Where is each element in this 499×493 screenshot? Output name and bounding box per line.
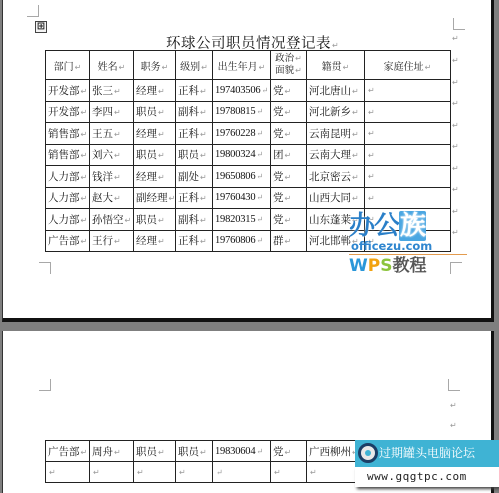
cell-text: 职员 bbox=[178, 446, 199, 458]
cell-native-place[interactable]: 云南昆明↵ bbox=[307, 123, 365, 145]
forum-url: www.gqgtpc.com bbox=[355, 467, 499, 487]
cell-home-address[interactable]: ↵ bbox=[365, 80, 451, 102]
cell-political-status[interactable]: 党↵ bbox=[271, 209, 307, 231]
cell-text: 团 bbox=[273, 149, 284, 161]
cell-department[interactable]: 开发部↵ bbox=[46, 80, 90, 102]
paragraph-mark-icon: ↵ bbox=[158, 108, 165, 117]
paragraph-mark-icon: ↵ bbox=[285, 237, 292, 246]
cell-name[interactable]: 王五↵ bbox=[90, 123, 134, 145]
cell-text: 19760228 bbox=[215, 128, 255, 139]
cell-name[interactable]: 王行↵ bbox=[90, 230, 134, 252]
cell-home-address[interactable]: ↵ bbox=[365, 101, 451, 123]
cell-text: 党 bbox=[273, 171, 284, 183]
paragraph-mark-icon: ↵ bbox=[352, 173, 359, 182]
cell-text: 正科 bbox=[178, 128, 199, 140]
paragraph-mark-icon: ↵ bbox=[352, 194, 359, 203]
cell-text: 职员 bbox=[136, 106, 157, 118]
paragraph-mark-icon: ↵ bbox=[200, 173, 207, 182]
forum-watermark-badge: 过期罐头电脑论坛 www.gqgtpc.com bbox=[355, 440, 499, 487]
officezu-watermark: 办公族 officezu.com WPS教程 bbox=[349, 212, 469, 277]
paragraph-mark-icon: ↵ bbox=[158, 216, 165, 225]
cell-text: 党 bbox=[273, 446, 284, 458]
paragraph-mark-icon: ↵ bbox=[158, 173, 165, 182]
cell-political-status[interactable]: 群↵ bbox=[271, 230, 307, 252]
paragraph-mark-icon: ↵ bbox=[452, 56, 459, 65]
table-row: 开发部↵李四↵职员↵副科↵19780815↵党↵河北新乡↵↵ bbox=[46, 101, 451, 123]
crop-mark-top-left bbox=[39, 379, 51, 391]
cell-text: 正科 bbox=[178, 85, 199, 97]
cell-level[interactable]: 副处↵ bbox=[176, 166, 213, 188]
table-row: 人力部↵钱洋↵经理↵副处↵19650806↵党↵北京密云↵↵ bbox=[46, 166, 451, 188]
forum-name-bar: 过期罐头电脑论坛 bbox=[355, 440, 499, 467]
cell-department[interactable]: 人力部↵ bbox=[46, 166, 90, 188]
cell-text: 职员 bbox=[136, 214, 157, 226]
paragraph-mark-icon: ↵ bbox=[452, 34, 459, 43]
header-level[interactable]: 级别↵ bbox=[176, 51, 213, 80]
cell-text: 赵大 bbox=[92, 192, 113, 204]
paragraph-mark-icon: ↵ bbox=[368, 129, 375, 138]
table-row: 销售部↵刘六↵职员↵职员↵19800324↵团↵云南大理↵↵ bbox=[46, 144, 451, 166]
cell-name[interactable]: 孙悟空↵ bbox=[90, 209, 134, 231]
cell-native-place[interactable]: 北京密云↵ bbox=[307, 166, 365, 188]
cell-political-status[interactable]: 党↵ bbox=[271, 441, 307, 462]
paragraph-mark-icon: ↵ bbox=[256, 215, 263, 224]
cell-text: 销售部 bbox=[48, 149, 80, 161]
cell-text: 刘六 bbox=[92, 149, 113, 161]
cell-text: 销售部 bbox=[48, 128, 80, 140]
cell-home-address[interactable]: ↵ bbox=[365, 123, 451, 145]
paragraph-mark-icon: ↵ bbox=[200, 216, 207, 225]
header-native-place[interactable]: 籍贯↵ bbox=[307, 51, 365, 80]
cell-text: 群 bbox=[273, 235, 284, 247]
table-row: 销售部↵王五↵经理↵正科↵19760228↵党↵云南昆明↵↵ bbox=[46, 123, 451, 145]
paragraph-mark-icon: ↵ bbox=[285, 108, 292, 117]
paragraph-mark-icon: ↵ bbox=[452, 78, 459, 87]
paragraph-mark-icon: ↵ bbox=[285, 130, 292, 139]
cell-political-status[interactable]: 党↵ bbox=[271, 80, 307, 102]
paragraph-mark-icon: ↵ bbox=[452, 142, 459, 151]
paragraph-mark-icon: ↵ bbox=[158, 130, 165, 139]
paragraph-mark-icon: ↵ bbox=[368, 172, 375, 181]
paragraph-mark-icon: ↵ bbox=[261, 86, 268, 95]
paragraph-mark-icon: ↵ bbox=[200, 108, 207, 117]
paragraph-mark-icon: ↵ bbox=[368, 151, 375, 160]
cell-position[interactable]: 职员↵ bbox=[134, 209, 176, 231]
paragraph-mark-icon: ↵ bbox=[200, 448, 207, 457]
cell-text: 周舟 bbox=[92, 446, 113, 458]
cell-native-place[interactable]: 河北新乡↵ bbox=[307, 101, 365, 123]
cell-political-status[interactable]: 党↵ bbox=[271, 101, 307, 123]
paragraph-mark-icon: ↵ bbox=[114, 87, 121, 96]
paragraph-mark-icon: ↵ bbox=[114, 130, 121, 139]
cell-native-place[interactable]: 云南大理↵ bbox=[307, 144, 365, 166]
paragraph-mark-icon: ↵ bbox=[81, 108, 88, 117]
cell-level[interactable]: ↵ bbox=[176, 462, 213, 483]
cell-text: 王行 bbox=[92, 235, 113, 247]
table-row: 开发部↵张三↵经理↵正科↵197403506↵党↵河北唐山↵↵ bbox=[46, 80, 451, 102]
paragraph-mark-icon: ↵ bbox=[216, 468, 223, 477]
paragraph-mark-icon: ↵ bbox=[452, 121, 459, 130]
cell-department[interactable]: 销售部↵ bbox=[46, 144, 90, 166]
paragraph-mark-icon: ↵ bbox=[452, 99, 459, 108]
cell-text: 开发部 bbox=[48, 106, 80, 118]
cell-birth[interactable]: ↵ bbox=[213, 462, 271, 483]
cell-name[interactable]: 李四↵ bbox=[90, 101, 134, 123]
cell-name[interactable]: ↵ bbox=[90, 462, 134, 483]
cell-text: 河北唐山 bbox=[309, 85, 351, 97]
cell-text: 经理 bbox=[136, 171, 157, 183]
cell-text: 山东蓬莱 bbox=[309, 214, 351, 226]
paragraph-mark-icon: ↵ bbox=[49, 468, 56, 477]
paragraph-mark-icon: ↵ bbox=[81, 151, 88, 160]
paragraph-mark-icon: ↵ bbox=[114, 151, 121, 160]
cell-position[interactable]: 职员↵ bbox=[134, 441, 176, 462]
paragraph-mark-icon: ↵ bbox=[452, 185, 459, 194]
header-name[interactable]: 姓名↵ bbox=[90, 51, 134, 80]
cell-birth[interactable]: 19650806↵ bbox=[213, 166, 271, 188]
cell-position[interactable]: 经理↵ bbox=[134, 166, 176, 188]
paragraph-mark-icon: ↵ bbox=[125, 216, 132, 225]
cell-text: 开发部 bbox=[48, 85, 80, 97]
paragraph-mark-icon: ↵ bbox=[285, 87, 292, 96]
paragraph-mark-icon: ↵ bbox=[450, 401, 457, 410]
cell-text: 19820315 bbox=[215, 214, 255, 225]
cell-political-status[interactable]: 团↵ bbox=[271, 144, 307, 166]
header-home-address[interactable]: 家庭住址↵ bbox=[365, 51, 451, 80]
cell-text: 河北邯郸 bbox=[309, 235, 351, 247]
paragraph-mark-icon: ↵ bbox=[310, 468, 317, 477]
cell-text: 党 bbox=[273, 85, 284, 97]
paragraph-mark-icon: ↵ bbox=[285, 151, 292, 160]
cell-home-address[interactable]: ↵ bbox=[365, 166, 451, 188]
paragraph-mark-icon: ↵ bbox=[256, 172, 263, 181]
cell-name[interactable]: 钱洋↵ bbox=[90, 166, 134, 188]
paragraph-mark-icon: ↵ bbox=[256, 447, 263, 456]
paragraph-mark-icon: ↵ bbox=[114, 448, 121, 457]
cell-text: 职员 bbox=[136, 149, 157, 161]
wps-tutorial-label: WPS教程 bbox=[349, 255, 469, 277]
cell-level[interactable]: 正科↵ bbox=[176, 187, 213, 209]
paragraph-mark-icon: ↵ bbox=[200, 130, 207, 139]
paragraph-mark-icon: ↵ bbox=[200, 87, 207, 96]
officezu-domain: officezu.com bbox=[351, 240, 469, 253]
cell-name[interactable]: 刘六↵ bbox=[90, 144, 134, 166]
cell-level[interactable]: 副科↵ bbox=[176, 209, 213, 231]
cell-position[interactable]: ↵ bbox=[134, 462, 176, 483]
paragraph-mark-icon: ↵ bbox=[285, 194, 292, 203]
cell-level[interactable]: 职员↵ bbox=[176, 144, 213, 166]
table-row: 人力部↵赵大↵副经理↵正科↵19760430↵党↵山西大同↵↵ bbox=[46, 187, 451, 209]
header-position[interactable]: 职务↵ bbox=[134, 51, 176, 80]
paragraph-mark-icon: ↵ bbox=[114, 237, 121, 246]
cell-level[interactable]: 职员↵ bbox=[176, 441, 213, 462]
cell-text: 经理 bbox=[136, 128, 157, 140]
cell-position[interactable]: 职员↵ bbox=[134, 101, 176, 123]
paragraph-mark-icon: ↵ bbox=[200, 237, 207, 246]
paragraph-mark-icon: ↵ bbox=[158, 237, 165, 246]
cell-department[interactable]: 广告部↵ bbox=[46, 230, 90, 252]
cell-text: 经理 bbox=[136, 235, 157, 247]
paragraph-mark-icon: ↵ bbox=[114, 194, 121, 203]
paragraph-mark-icon: ↵ bbox=[158, 151, 165, 160]
cell-text: 广西柳州 bbox=[309, 446, 351, 458]
document-page-1: ⊞ 环球公司职员情况登记表↵ 部门↵ 姓名↵ 职务↵ 级别↵ 出生年月↵ 政治↵… bbox=[2, 0, 494, 322]
paragraph-mark-icon: ↵ bbox=[352, 108, 359, 117]
paragraph-mark-icon: ↵ bbox=[285, 448, 292, 457]
cell-text: 广告部 bbox=[48, 446, 80, 458]
cell-text: 职员 bbox=[178, 149, 199, 161]
crop-mark-top-left bbox=[27, 5, 39, 17]
paragraph-mark-icon: ↵ bbox=[81, 194, 88, 203]
cell-text: 197403506 bbox=[215, 85, 260, 96]
cell-birth[interactable]: 19760806↵ bbox=[213, 230, 271, 252]
cell-name[interactable]: 赵大↵ bbox=[90, 187, 134, 209]
paragraph-mark-icon: ↵ bbox=[158, 448, 165, 457]
cell-text: 19830604 bbox=[215, 446, 255, 457]
cell-text: 河北新乡 bbox=[309, 106, 351, 118]
crop-mark-bottom-left bbox=[39, 262, 51, 274]
cell-text: 19760430 bbox=[215, 192, 255, 203]
cell-department[interactable]: 开发部↵ bbox=[46, 101, 90, 123]
cell-position[interactable]: 经理↵ bbox=[134, 80, 176, 102]
paragraph-mark-icon: ↵ bbox=[93, 468, 100, 477]
cell-level[interactable]: 副科↵ bbox=[176, 101, 213, 123]
cell-text: 党 bbox=[273, 106, 284, 118]
paragraph-mark-icon: ↵ bbox=[200, 151, 207, 160]
cell-text: 19800324 bbox=[215, 149, 255, 160]
cell-department[interactable]: 广告部↵ bbox=[46, 441, 90, 462]
paragraph-mark-icon: ↵ bbox=[158, 87, 165, 96]
crop-mark-top-right bbox=[453, 18, 465, 30]
paragraph-mark-icon: ↵ bbox=[81, 237, 88, 246]
cell-birth[interactable]: 19760430↵ bbox=[213, 187, 271, 209]
paragraph-mark-icon: ↵ bbox=[274, 468, 281, 477]
cell-department[interactable]: 人力部↵ bbox=[46, 209, 90, 231]
cell-text: 云南昆明 bbox=[309, 128, 351, 140]
forum-logo-icon bbox=[358, 443, 378, 463]
cell-position[interactable]: 经理↵ bbox=[134, 230, 176, 252]
cell-text: 北京密云 bbox=[309, 171, 351, 183]
paragraph-mark-icon: ↵ bbox=[352, 151, 359, 160]
cell-text: 副科 bbox=[178, 106, 199, 118]
cell-text: 党 bbox=[273, 192, 284, 204]
cell-political-status[interactable]: 党↵ bbox=[271, 123, 307, 145]
paragraph-mark-icon: ↵ bbox=[169, 194, 176, 203]
cell-political-status[interactable]: ↵ bbox=[271, 462, 307, 483]
cell-text: 孙悟空 bbox=[92, 214, 124, 226]
cell-text: 正科 bbox=[178, 192, 199, 204]
paragraph-mark-icon: ↵ bbox=[452, 164, 459, 173]
cell-level[interactable]: 正科↵ bbox=[176, 123, 213, 145]
cell-native-place[interactable]: 山西大同↵ bbox=[307, 187, 365, 209]
cell-department[interactable]: 销售部↵ bbox=[46, 123, 90, 145]
cell-text: 副处 bbox=[178, 171, 199, 183]
cell-position[interactable]: 副经理↵ bbox=[134, 187, 176, 209]
paragraph-mark-icon: ↵ bbox=[368, 108, 375, 117]
paragraph-mark-icon: ↵ bbox=[368, 194, 375, 203]
paragraph-mark-icon: ↵ bbox=[114, 108, 121, 117]
header-birth[interactable]: 出生年月↵ bbox=[213, 51, 271, 80]
cell-birth[interactable]: 19800324↵ bbox=[213, 144, 271, 166]
paragraph-mark-icon: ↵ bbox=[256, 236, 263, 245]
cell-text: 人力部 bbox=[48, 192, 80, 204]
cell-text: 副科 bbox=[178, 214, 199, 226]
paragraph-mark-icon: ↵ bbox=[285, 216, 292, 225]
cell-home-address[interactable]: ↵ bbox=[365, 187, 451, 209]
cell-political-status[interactable]: 党↵ bbox=[271, 166, 307, 188]
paragraph-mark-icon: ↵ bbox=[137, 468, 144, 477]
cell-text: 职员 bbox=[136, 446, 157, 458]
cell-text: 副经理 bbox=[136, 192, 168, 204]
cell-text: 钱洋 bbox=[92, 171, 113, 183]
paragraph-mark-icon: ↵ bbox=[81, 87, 88, 96]
cell-text: 19650806 bbox=[215, 171, 255, 182]
cell-text: 山西大同 bbox=[309, 192, 351, 204]
paragraph-mark-icon: ↵ bbox=[200, 194, 207, 203]
cell-name[interactable]: 周舟↵ bbox=[90, 441, 134, 462]
paragraph-mark-icon: ↵ bbox=[256, 150, 263, 159]
officezu-logo: 办公族 bbox=[349, 212, 469, 240]
cell-level[interactable]: 正科↵ bbox=[176, 80, 213, 102]
paragraph-mark-icon: ↵ bbox=[81, 173, 88, 182]
header-department[interactable]: 部门↵ bbox=[46, 51, 90, 80]
cell-name[interactable]: 张三↵ bbox=[90, 80, 134, 102]
cell-native-place[interactable]: 河北唐山↵ bbox=[307, 80, 365, 102]
paragraph-mark-icon: ↵ bbox=[256, 107, 263, 116]
cell-birth[interactable]: 19820315↵ bbox=[213, 209, 271, 231]
cell-department[interactable]: ↵ bbox=[46, 462, 90, 483]
cell-birth[interactable]: 19830604↵ bbox=[213, 441, 271, 462]
cell-home-address[interactable]: ↵ bbox=[365, 144, 451, 166]
cell-birth[interactable]: 197403506↵ bbox=[213, 80, 271, 102]
paragraph-mark-icon: ↵ bbox=[179, 468, 186, 477]
paragraph-mark-icon: ↵ bbox=[114, 173, 121, 182]
cell-birth[interactable]: 19780815↵ bbox=[213, 101, 271, 123]
crop-mark-top-right bbox=[448, 379, 460, 391]
paragraph-mark-icon: ↵ bbox=[81, 130, 88, 139]
cell-text: 张三 bbox=[92, 85, 113, 97]
paragraph-mark-icon: ↵ bbox=[368, 86, 375, 95]
cell-text: 云南大理 bbox=[309, 149, 351, 161]
cell-text: 广告部 bbox=[48, 235, 80, 247]
table-header-row: 部门↵ 姓名↵ 职务↵ 级别↵ 出生年月↵ 政治↵面貌↵ 籍贯↵ 家庭住址↵ bbox=[46, 51, 451, 80]
table-move-handle-icon[interactable]: ⊞ bbox=[35, 21, 47, 33]
paragraph-mark-icon: ↵ bbox=[332, 41, 339, 50]
paragraph-mark-icon: ↵ bbox=[352, 87, 359, 96]
paragraph-mark-icon: ↵ bbox=[450, 421, 457, 430]
cell-text: 党 bbox=[273, 128, 284, 140]
cell-text: 人力部 bbox=[48, 214, 80, 226]
cell-text: 人力部 bbox=[48, 171, 80, 183]
cell-text: 19760806 bbox=[215, 235, 255, 246]
paragraph-mark-icon: ↵ bbox=[81, 216, 88, 225]
cell-text: 党 bbox=[273, 214, 284, 226]
cell-position[interactable]: 经理↵ bbox=[134, 123, 176, 145]
cell-text: 正科 bbox=[178, 235, 199, 247]
cell-text: 李四 bbox=[92, 106, 113, 118]
paragraph-mark-icon: ↵ bbox=[81, 448, 88, 457]
paragraph-mark-icon: ↵ bbox=[285, 173, 292, 182]
cell-level[interactable]: 正科↵ bbox=[176, 230, 213, 252]
cell-position[interactable]: 职员↵ bbox=[134, 144, 176, 166]
paragraph-mark-icon: ↵ bbox=[352, 130, 359, 139]
cell-text: 王五 bbox=[92, 128, 113, 140]
paragraph-mark-icon: ↵ bbox=[256, 129, 263, 138]
header-political-status[interactable]: 政治↵面貌↵ bbox=[271, 51, 307, 80]
cell-text: 19780815 bbox=[215, 106, 255, 117]
cell-political-status[interactable]: 党↵ bbox=[271, 187, 307, 209]
cell-birth[interactable]: 19760228↵ bbox=[213, 123, 271, 145]
cell-text: 经理 bbox=[136, 85, 157, 97]
forum-name: 过期罐头电脑论坛 bbox=[379, 446, 475, 460]
paragraph-mark-icon: ↵ bbox=[256, 193, 263, 202]
cell-department[interactable]: 人力部↵ bbox=[46, 187, 90, 209]
